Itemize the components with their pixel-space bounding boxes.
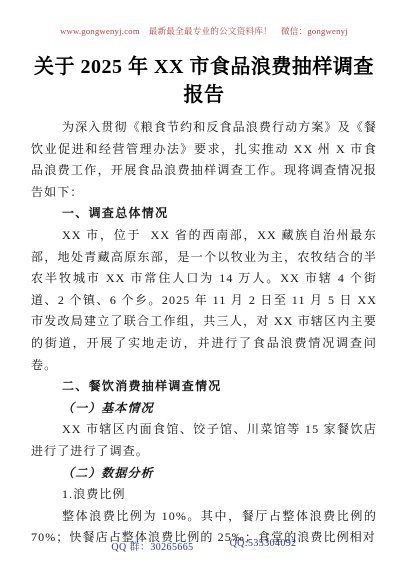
wechat-contact: 微信：gongwenyj [281,25,348,37]
section-heading: （二）数据分析 [31,463,377,485]
paragraph: XX 市，位于 XX 省的西南部，XX 藏族自治州最东部，地处青藏高原东部，是一… [31,225,377,376]
paragraph: 为深入贯彻《粮食节约和反食品浪费行动方案》及《餐饮业促进和经营管理办法》要求，扎… [31,117,377,203]
section-heading: 一、调查总体情况 [31,203,377,225]
site-footer: QQ 群：30265665 QQ:535304092 [0,538,408,553]
qq-group-number: QQ 群：30265665 [111,538,193,553]
site-header: www.gongwenyj.com 最新最全最专业的公文资料库！ 微信：gong… [0,25,408,37]
document-title: 关于 2025 年 XX 市食品浪费抽样调查报告 [28,53,380,109]
document-body: 为深入贯彻《粮食节约和反食品浪费行动方案》及《餐饮业促进和经营管理办法》要求，扎… [31,117,377,549]
site-slogan: 最新最全最专业的公文资料库！ [149,25,272,37]
section-heading: 1.浪费比例 [31,484,377,506]
paragraph: XX 市辖区内面食馆、饺子馆、川菜馆等 15 家餐饮店进行了进行了调查。 [31,419,377,462]
document-page: www.gongwenyj.com 最新最全最专业的公文资料库！ 微信：gong… [0,0,408,580]
site-url: www.gongwenyj.com [60,26,140,36]
section-heading: （一）基本情况 [31,398,377,420]
qq-number: QQ:535304092 [230,538,297,553]
section-heading: 二、餐饮消费抽样调查情况 [31,376,377,398]
